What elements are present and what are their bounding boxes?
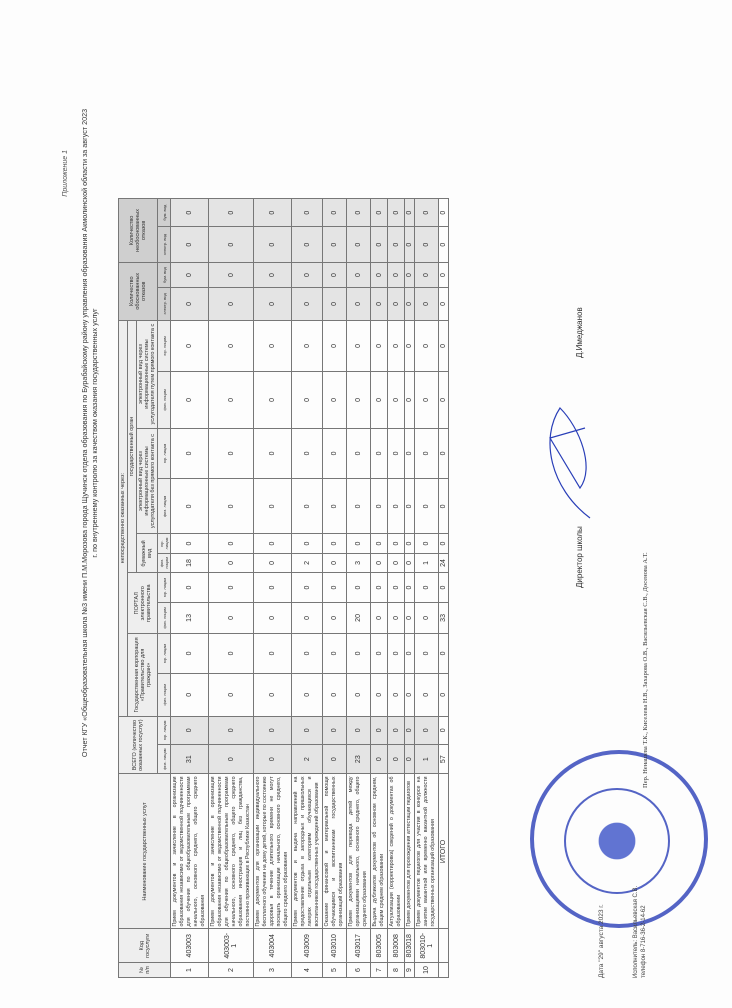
- col-via: непосредственно оказанных через:: [119, 320, 128, 716]
- cell-j_p: 0: [171, 262, 209, 287]
- cell-e1_y: 0: [371, 428, 388, 479]
- cell-e1_f: 0: [388, 479, 405, 534]
- service-code: 403004: [254, 929, 292, 963]
- cell-portal_y: 0: [209, 573, 254, 602]
- total-paper_y: 0: [439, 534, 449, 553]
- cell-e1_y: 0: [405, 428, 415, 479]
- cell-portal_y: 0: [292, 573, 323, 602]
- director-label: Директор школы: [575, 526, 584, 588]
- service-name: Актуализация (корректировка) сведений о …: [388, 774, 405, 929]
- cell-e1_f: 0: [371, 479, 388, 534]
- cell-total_y: 0: [347, 716, 371, 744]
- cell-e1_f: 0: [415, 479, 439, 534]
- director-name: Д.Имеджанов: [575, 307, 584, 358]
- cell-paper_f: 0: [388, 553, 405, 573]
- service-code: 403010: [323, 929, 347, 963]
- cell-total_y: 0: [254, 716, 292, 744]
- cell-e2_f: 0: [415, 372, 439, 428]
- col-portal: ПОРТАЛ электронного правительства: [128, 573, 158, 634]
- cell-e2_f: 0: [171, 372, 209, 428]
- col-unjustified: Количество необоснованных отказов: [119, 199, 158, 263]
- cell-corp_y: 0: [415, 634, 439, 674]
- cell-paper_y: 0: [405, 534, 415, 553]
- cell-corp_f: 0: [209, 673, 254, 716]
- cell-paper_f: 0: [371, 553, 388, 573]
- cell-corp_f: 0: [292, 673, 323, 716]
- cell-j_e: 0: [171, 288, 209, 320]
- sub-paper: бум. вид: [158, 262, 171, 287]
- total-portal_y: 0: [439, 573, 449, 602]
- cell-paper_y: 0: [171, 534, 209, 553]
- service-code: 403003: [171, 929, 209, 963]
- col-num: № п/п: [119, 963, 171, 978]
- cell-paper_y: 0: [347, 534, 371, 553]
- cell-u_p: 0: [209, 199, 254, 227]
- sub-fiz: физ. лицам: [158, 372, 171, 428]
- cell-e1_f: 0: [254, 479, 292, 534]
- cell-portal_f: 0: [371, 602, 388, 633]
- row-num: 3: [254, 963, 292, 978]
- cell-paper_f: 0: [405, 553, 415, 573]
- cell-u_p: 0: [254, 199, 292, 227]
- sub-yur: юр. лицам: [158, 534, 171, 553]
- total-e1_f: 0: [439, 479, 449, 534]
- sub-yur: юр. лицам: [158, 634, 171, 674]
- sub-yur: юр. лицам: [158, 320, 171, 372]
- cell-corp_y: 0: [292, 634, 323, 674]
- table-row: 5403010Оказание финансовой и материально…: [323, 199, 347, 978]
- col-paper: бумажный вид: [137, 534, 158, 573]
- service-code: 403009: [292, 929, 323, 963]
- cell-corp_f: 0: [405, 673, 415, 716]
- cell-total_f: 0: [388, 744, 405, 774]
- cell-paper_f: 0: [254, 553, 292, 573]
- cell-corp_f: 0: [388, 673, 405, 716]
- cell-corp_y: 0: [388, 634, 405, 674]
- cell-paper_y: 0: [292, 534, 323, 553]
- cell-u_e: 0: [347, 227, 371, 263]
- cell-paper_f: 0: [323, 553, 347, 573]
- cell-total_y: 0: [415, 716, 439, 744]
- cell-j_e: 0: [415, 288, 439, 320]
- cell-j_e: 0: [388, 288, 405, 320]
- service-name: Прием документов педагогов для участия в…: [415, 774, 439, 929]
- cell-corp_f: 0: [371, 673, 388, 716]
- total-label: ИТОГО: [439, 774, 449, 929]
- cell-e2_y: 0: [292, 320, 323, 372]
- cell-paper_y: 0: [323, 534, 347, 553]
- col-elec-direct: электронный вид через информационные сис…: [137, 320, 158, 428]
- cell-corp_y: 0: [371, 634, 388, 674]
- cell-portal_f: 0: [388, 602, 405, 633]
- cell-portal_f: 0: [405, 602, 415, 633]
- cell-u_p: 0: [415, 199, 439, 227]
- cell-e2_y: 0: [254, 320, 292, 372]
- cell-portal_y: 0: [415, 573, 439, 602]
- cell-j_p: 0: [209, 262, 254, 287]
- school-stamp: [530, 750, 708, 928]
- total-total_y: 0: [439, 716, 449, 744]
- table-row: 4403009Прием документов и выдача направл…: [292, 199, 323, 978]
- cell-paper_f: 18: [171, 553, 209, 573]
- cell-e2_f: 0: [292, 372, 323, 428]
- cell-portal_y: 0: [323, 573, 347, 602]
- sub-yur: юр. лицам: [158, 716, 171, 744]
- cell-total_y: 0: [323, 716, 347, 744]
- row-num: 5: [323, 963, 347, 978]
- cell-portal_f: 0: [254, 602, 292, 633]
- table-row: 8803008Актуализация (корректировка) свед…: [388, 199, 405, 978]
- service-name: Прием документов и выдача направлений на…: [292, 774, 323, 929]
- report-date: Дата "29" августа 2023 г.: [598, 904, 605, 978]
- cell-j_p: 0: [415, 262, 439, 287]
- cell-e1_y: 0: [415, 428, 439, 479]
- service-name: Оказание финансовой и материальной помощ…: [323, 774, 347, 929]
- service-name: Прием документов для прохождения аттеста…: [405, 774, 415, 929]
- service-code: 803010-1: [415, 929, 439, 963]
- cell-u_e: 0: [371, 227, 388, 263]
- cell-corp_f: 0: [254, 673, 292, 716]
- cell-j_e: 0: [405, 288, 415, 320]
- total-j_e: 0: [439, 288, 449, 320]
- cell-j_e: 0: [292, 288, 323, 320]
- row-num: 8: [388, 963, 405, 978]
- cell-e2_y: 0: [371, 320, 388, 372]
- cell-u_p: 0: [371, 199, 388, 227]
- cell-total_f: 0: [209, 744, 254, 774]
- service-code: 803008: [388, 929, 405, 963]
- table-row: 7803005Выдача дубликатов документов об о…: [371, 199, 388, 978]
- row-num: 2: [209, 963, 254, 978]
- total-portal_f: 33: [439, 602, 449, 633]
- cell-portal_y: 0: [388, 573, 405, 602]
- sub-elec: электр. вид: [158, 227, 171, 263]
- table-row: 9803018Прием документов для прохождения …: [405, 199, 415, 978]
- cell-j_e: 0: [323, 288, 347, 320]
- executor-phone: телефон 8-716-36-2-14-62: [640, 886, 648, 978]
- sub-paper: бум. вид: [158, 199, 171, 227]
- cell-e2_f: 0: [405, 372, 415, 428]
- service-code: 803005: [371, 929, 388, 963]
- cell-portal_f: 0: [415, 602, 439, 633]
- sub-fiz: физ. лицам: [158, 479, 171, 534]
- cell-e1_f: 0: [405, 479, 415, 534]
- sub-fiz: физ. лицам: [158, 673, 171, 716]
- cell-corp_y: 0: [323, 634, 347, 674]
- cell-e1_f: 0: [347, 479, 371, 534]
- cell-e1_y: 0: [292, 428, 323, 479]
- cell-u_e: 0: [388, 227, 405, 263]
- cell-paper_y: 0: [209, 534, 254, 553]
- table-row: 6403017Прием документов для перевода дет…: [347, 199, 371, 978]
- appendix-label: Приложение 1: [62, 150, 69, 197]
- cell-j_p: 0: [388, 262, 405, 287]
- cell-paper_y: 0: [371, 534, 388, 553]
- cell-corp_f: 0: [347, 673, 371, 716]
- cell-e2_y: 0: [323, 320, 347, 372]
- service-code: 403017: [347, 929, 371, 963]
- cell-e2_y: 0: [405, 320, 415, 372]
- cell-e1_y: 0: [254, 428, 292, 479]
- total-row: ИТОГО5700033024000000000: [439, 199, 449, 978]
- col-name: Наименование государственных услуг: [119, 774, 171, 929]
- cell-e1_f: 0: [171, 479, 209, 534]
- cell-total_f: 1: [415, 744, 439, 774]
- cell-e2_y: 0: [415, 320, 439, 372]
- sub-fiz: физ. лицам: [158, 602, 171, 633]
- cell-u_p: 0: [388, 199, 405, 227]
- cell-portal_y: 0: [405, 573, 415, 602]
- col-code: Код госуслуги: [119, 929, 171, 963]
- cell-portal_y: 0: [371, 573, 388, 602]
- total-e2_f: 0: [439, 372, 449, 428]
- cell-e2_y: 0: [209, 320, 254, 372]
- cell-e2_f: 0: [388, 372, 405, 428]
- cell-paper_y: 0: [388, 534, 405, 553]
- cell-j_p: 0: [347, 262, 371, 287]
- cell-portal_f: 13: [171, 602, 209, 633]
- cell-total_y: 0: [209, 716, 254, 744]
- cell-total_f: 31: [171, 744, 209, 774]
- document-page: Приложение 1 Отчет КГУ «Общеобразователь…: [0, 0, 732, 1008]
- cell-j_p: 0: [323, 262, 347, 287]
- table-row: 1403003Прием документов и зачисление в о…: [171, 199, 209, 978]
- table-row: 3403004Прием документов для организации …: [254, 199, 292, 978]
- sub-fiz: физ. лицам: [158, 553, 171, 573]
- cell-e2_f: 0: [323, 372, 347, 428]
- cell-portal_f: 20: [347, 602, 371, 633]
- service-code: 803018: [405, 929, 415, 963]
- cell-u_p: 0: [405, 199, 415, 227]
- cell-u_p: 0: [323, 199, 347, 227]
- cell-j_p: 0: [371, 262, 388, 287]
- cell-total_f: 0: [405, 744, 415, 774]
- cell-portal_f: 0: [323, 602, 347, 633]
- cell-corp_y: 0: [209, 634, 254, 674]
- services-table: № п/п Код госуслуги Наименование государ…: [118, 198, 449, 978]
- total-u_p: 0: [439, 199, 449, 227]
- cell-corp_y: 0: [254, 634, 292, 674]
- cell-e1_f: 0: [323, 479, 347, 534]
- cell-paper_f: 3: [347, 553, 371, 573]
- cell-j_e: 0: [347, 288, 371, 320]
- cell-u_e: 0: [405, 227, 415, 263]
- service-name: Прием документов и зачисление в организа…: [171, 774, 209, 929]
- cell-portal_f: 0: [209, 602, 254, 633]
- cell-u_e: 0: [171, 227, 209, 263]
- cell-e1_y: 0: [388, 428, 405, 479]
- col-elec-no-contact: электронный вид через информационные сис…: [137, 428, 158, 534]
- total-corp_f: 0: [439, 673, 449, 716]
- executor: Исполнитель: Васильевская С.В. телефон 8…: [632, 886, 648, 978]
- cell-total_y: 0: [405, 716, 415, 744]
- col-justified: Количество обоснованных отказов: [119, 262, 158, 320]
- cell-paper_y: 0: [415, 534, 439, 553]
- total-e2_y: 0: [439, 320, 449, 372]
- cell-u_e: 0: [209, 227, 254, 263]
- cell-j_e: 0: [371, 288, 388, 320]
- cell-e1_y: 0: [347, 428, 371, 479]
- table-row: 10803010-1Прием документов педагогов для…: [415, 199, 439, 978]
- cell-paper_f: 1: [415, 553, 439, 573]
- cell-corp_y: 0: [171, 634, 209, 674]
- cell-corp_y: 0: [347, 634, 371, 674]
- cell-j_p: 0: [254, 262, 292, 287]
- service-code: 403003-1: [209, 929, 254, 963]
- cell-j_p: 0: [292, 262, 323, 287]
- cell-total_f: 2: [292, 744, 323, 774]
- cell-u_e: 0: [292, 227, 323, 263]
- cell-e2_f: 0: [209, 372, 254, 428]
- cell-total_y: 0: [171, 716, 209, 744]
- sub-yur: юр. лицам: [158, 573, 171, 602]
- col-total: ВСЕГО (количество оказанных госуслуг): [119, 716, 158, 774]
- cell-total_y: 0: [292, 716, 323, 744]
- service-name: Выдача дубликатов документов об основном…: [371, 774, 388, 929]
- row-num: 9: [405, 963, 415, 978]
- cell-paper_f: 2: [292, 553, 323, 573]
- cell-paper_f: 0: [209, 553, 254, 573]
- cell-e2_y: 0: [388, 320, 405, 372]
- cell-e2_y: 0: [171, 320, 209, 372]
- service-name: Прием документов для перевода детей межд…: [347, 774, 371, 929]
- cell-u_p: 0: [171, 199, 209, 227]
- col-gov-org: государственный орган: [128, 320, 137, 573]
- cell-total_y: 0: [371, 716, 388, 744]
- service-name: Прием документов и зачисление в организа…: [209, 774, 254, 929]
- cell-portal_y: 0: [254, 573, 292, 602]
- total-u_e: 0: [439, 227, 449, 263]
- row-num: 7: [371, 963, 388, 978]
- cell-u_e: 0: [415, 227, 439, 263]
- cell-corp_f: 0: [415, 673, 439, 716]
- sub-fiz: физ. лицам: [158, 744, 171, 774]
- cell-corp_f: 0: [323, 673, 347, 716]
- executor-name: Исполнитель: Васильевская С.В.: [632, 886, 640, 978]
- cell-corp_f: 0: [171, 673, 209, 716]
- cell-e1_y: 0: [323, 428, 347, 479]
- total-paper_f: 24: [439, 553, 449, 573]
- cell-e1_f: 0: [209, 479, 254, 534]
- row-num: 10: [415, 963, 439, 978]
- cell-e2_f: 0: [254, 372, 292, 428]
- cell-e1_y: 0: [209, 428, 254, 479]
- cell-total_y: 0: [388, 716, 405, 744]
- cell-j_e: 0: [254, 288, 292, 320]
- cell-total_f: 0: [371, 744, 388, 774]
- sub-yur: юр. лицам: [158, 428, 171, 479]
- cell-e1_y: 0: [171, 428, 209, 479]
- row-num: 4: [292, 963, 323, 978]
- report-title: Отчет КГУ «Общеобразовательная школа №3 …: [80, 108, 100, 758]
- cell-corp_y: 0: [405, 634, 415, 674]
- cell-portal_f: 0: [292, 602, 323, 633]
- commission-members: Пер. Ненашева Т.К., Киселева Н.В., Захар…: [642, 552, 649, 788]
- cell-e2_f: 0: [371, 372, 388, 428]
- sub-elec: электр. вид: [158, 288, 171, 320]
- service-name: Прием документов для организации индивид…: [254, 774, 292, 929]
- col-corp: Государственная корпорация «Правительств…: [128, 634, 158, 717]
- cell-total_f: 0: [254, 744, 292, 774]
- cell-u_p: 0: [292, 199, 323, 227]
- cell-e2_y: 0: [347, 320, 371, 372]
- cell-e2_f: 0: [347, 372, 371, 428]
- cell-j_p: 0: [405, 262, 415, 287]
- cell-portal_y: 0: [347, 573, 371, 602]
- total-e1_y: 0: [439, 428, 449, 479]
- total-total_f: 57: [439, 744, 449, 774]
- cell-u_e: 0: [254, 227, 292, 263]
- cell-j_e: 0: [209, 288, 254, 320]
- total-j_p: 0: [439, 262, 449, 287]
- director-signature: [540, 388, 600, 528]
- cell-e1_f: 0: [292, 479, 323, 534]
- cell-paper_y: 0: [254, 534, 292, 553]
- cell-total_f: 23: [347, 744, 371, 774]
- cell-u_e: 0: [323, 227, 347, 263]
- row-num: 6: [347, 963, 371, 978]
- total-corp_y: 0: [439, 634, 449, 674]
- cell-portal_y: 0: [171, 573, 209, 602]
- cell-total_f: 0: [323, 744, 347, 774]
- row-num: 1: [171, 963, 209, 978]
- table-row: 2403003-1Прием документов и зачисление в…: [209, 199, 254, 978]
- cell-u_p: 0: [347, 199, 371, 227]
